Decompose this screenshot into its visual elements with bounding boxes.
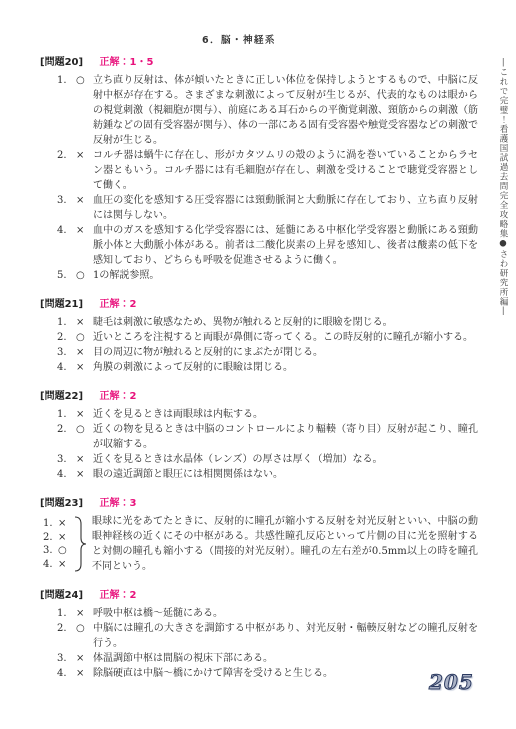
problem-block: [問題22] 正解：2 1. × 近くを見るときは両眼球は内転する。 2. ○ … (40, 389, 478, 482)
item-text: 中脳には瞳孔の大きさを調節する中枢があり、対光反射・輻輳反射などの瞳孔反射を行う… (93, 621, 478, 651)
grouped-answer-block: 1.×2.×3.○4.× 眼球に光をあてたときに、反射的に瞳孔が縮小する反射を対… (40, 514, 478, 574)
item-text: コルチ器は蝸牛に存在し、形がカタツムリの殻のように渦を巻いていることからラセン器… (93, 148, 478, 193)
item-text: 角膜の刺激によって反射的に眼瞼は閉じる。 (93, 360, 478, 375)
answer-item: 4. × 除脳硬直は中脳～橋にかけて障害を受けると生じる。 (40, 666, 478, 681)
problem-header: [問題23] 正解：3 (40, 496, 478, 511)
answer-item: 1. × 近くを見るときは両眼球は内転する。 (40, 407, 478, 422)
problem-block: [問題21] 正解：2 1. × 睫毛は刺激に敏感なため、異物が触れると反射的に… (40, 297, 478, 375)
problem-header: [問題20] 正解：1・5 (40, 55, 478, 70)
problem-label: [問題24] (40, 590, 83, 601)
item-number: 2. (57, 148, 76, 193)
problem-block: [問題20] 正解：1・5 1. ○ 立ち直り反射は、体が傾いたときに正しい体位… (40, 55, 478, 283)
item-number: 4. (57, 223, 76, 268)
page-title: 6．脳・神経系 (0, 32, 478, 46)
answer-item: 2. × コルチ器は蝸牛に存在し、形がカタツムリの殻のように渦を巻いていることか… (40, 148, 478, 193)
answer-item: 4. × 眼の遠近調節と眼圧には相関関係はない。 (40, 467, 478, 482)
item-number: 2. (43, 531, 58, 545)
item-text: 体温調節中枢は間脳の視床下部にある。 (93, 651, 478, 666)
answer-item: 4. × 血中のガスを感知する化学受容器には、延髄にある中枢化学受容器と動脈にあ… (40, 223, 478, 268)
answer-item: 1. × 呼吸中枢は橋～延髄にある。 (40, 606, 478, 621)
item-number: 2. (57, 330, 76, 345)
problem-items: 1. ○ 立ち直り反射は、体が傾いたときに正しい体位を保持しようとするもので、中… (40, 73, 478, 283)
item-number: 1. (57, 73, 76, 148)
item-text: 除脳硬直は中脳～橋にかけて障害を受けると生じる。 (93, 666, 478, 681)
item-number: 2. (57, 422, 76, 452)
item-mark: × (76, 345, 93, 360)
item-text: 眼の遠近調節と眼圧には相関関係はない。 (93, 467, 478, 482)
item-number: 3. (57, 651, 76, 666)
brace-icon (73, 516, 87, 572)
item-mark: × (76, 223, 93, 268)
answer-item: 1. × 睫毛は刺激に敏感なため、異物が触れると反射的に眼瞼を閉じる。 (40, 315, 478, 330)
grouped-marks: 1.×2.×3.○4.× (43, 517, 73, 571)
grouped-mark-row: 1.× (43, 517, 73, 531)
item-number: 4. (57, 666, 76, 681)
item-mark: × (58, 517, 72, 531)
item-number: 1. (57, 407, 76, 422)
problem-header: [問題22] 正解：2 (40, 389, 478, 404)
item-mark: × (58, 531, 72, 545)
answer-item: 3. × 近くを見るときは水晶体（レンズ）の厚さは厚く（増加）なる。 (40, 452, 478, 467)
item-mark: × (76, 452, 93, 467)
item-number: 1. (57, 606, 76, 621)
answer-item: 4. × 角膜の刺激によって反射的に眼瞼は閉じる。 (40, 360, 478, 375)
problem-header: [問題21] 正解：2 (40, 297, 478, 312)
book-page: 6．脳・神経系 ―これで完璧！看護国試過去問完全攻略集●さわ研究所編― [問題2… (0, 0, 516, 729)
grouped-mark-row: 3.○ (43, 544, 73, 558)
item-number: 1. (57, 315, 76, 330)
item-text: 近くを見るときは水晶体（レンズ）の厚さは厚く（増加）なる。 (93, 452, 478, 467)
item-number: 3. (57, 193, 76, 223)
item-text: 近くの物を見るときは中脳のコントロールにより輻輳（寄り目）反射が起こり、瞳孔が収… (93, 422, 478, 452)
item-number: 1. (43, 517, 58, 531)
sidebar-vertical-text: ―これで完璧！看護国試過去問完全攻略集●さわ研究所編― (499, 58, 508, 316)
answer-item: 1. ○ 立ち直り反射は、体が傾いたときに正しい体位を保持しようとするもので、中… (40, 73, 478, 148)
problem-items: 1.×2.×3.○4.× 眼球に光をあてたときに、反射的に瞳孔が縮小する反射を対… (40, 514, 478, 574)
item-number: 3. (57, 345, 76, 360)
problem-block: [問題24] 正解：2 1. × 呼吸中枢は橋～延髄にある。 2. ○ 中脳には… (40, 588, 478, 681)
problem-items: 1. × 睫毛は刺激に敏感なため、異物が触れると反射的に眼瞼を閉じる。 2. ○… (40, 315, 478, 375)
item-mark: × (76, 360, 93, 375)
item-number: 2. (57, 621, 76, 651)
item-text: 近いところを注視すると両眼が鼻側に寄ってくる。この時反射的に瞳孔が縮小する。 (93, 330, 478, 345)
correct-answer-label: 正解：2 (100, 590, 137, 601)
problem-items: 1. × 近くを見るときは両眼球は内転する。 2. ○ 近くの物を見るときは中脳… (40, 407, 478, 482)
item-mark: × (76, 666, 93, 681)
item-mark: × (76, 407, 93, 422)
grouped-mark-row: 2.× (43, 531, 73, 545)
problem-label: [問題21] (40, 299, 83, 310)
group-explanation: 眼球に光をあてたときに、反射的に瞳孔が縮小する反射を対光反射といい、中脳の動眼神… (92, 514, 478, 574)
item-text: 血圧の変化を感知する圧受容器には頸動脈洞と大動脈に存在しており、立ち直り反射には… (93, 193, 478, 223)
item-number: 4. (43, 558, 58, 572)
correct-answer-label: 正解：2 (100, 299, 137, 310)
item-mark: ○ (76, 268, 93, 283)
problems-list: [問題20] 正解：1・5 1. ○ 立ち直り反射は、体が傾いたときに正しい体位… (40, 55, 478, 695)
problem-items: 1. × 呼吸中枢は橋～延髄にある。 2. ○ 中脳には瞳孔の大きさを調節する中… (40, 606, 478, 681)
answer-item: 2. ○ 近くの物を見るときは中脳のコントロールにより輻輳（寄り目）反射が起こり… (40, 422, 478, 452)
item-mark: × (76, 193, 93, 223)
item-mark: ○ (76, 330, 93, 345)
item-mark: × (76, 606, 93, 621)
problem-header: [問題24] 正解：2 (40, 588, 478, 603)
item-number: 4. (57, 360, 76, 375)
item-number: 3. (43, 544, 58, 558)
item-mark: × (76, 467, 93, 482)
item-text: 目の周辺に物が触れると反射的にまぶたが閉じる。 (93, 345, 478, 360)
item-text: 1の解説参照。 (93, 268, 478, 283)
item-text: 近くを見るときは両眼球は内転する。 (93, 407, 478, 422)
problem-block: [問題23] 正解：3 1.×2.×3.○4.× 眼球に光をあてたときに、反射的… (40, 496, 478, 574)
answer-item: 2. ○ 中脳には瞳孔の大きさを調節する中枢があり、対光反射・輻輳反射などの瞳孔… (40, 621, 478, 651)
grouped-mark-row: 4.× (43, 558, 73, 572)
item-mark: ○ (76, 621, 93, 651)
problem-label: [問題20] (40, 57, 83, 68)
item-text: 睫毛は刺激に敏感なため、異物が触れると反射的に眼瞼を閉じる。 (93, 315, 478, 330)
answer-item: 3. × 目の周辺に物が触れると反射的にまぶたが閉じる。 (40, 345, 478, 360)
answer-item: 2. ○ 近いところを注視すると両眼が鼻側に寄ってくる。この時反射的に瞳孔が縮小… (40, 330, 478, 345)
item-mark: × (76, 315, 93, 330)
item-text: 呼吸中枢は橋～延髄にある。 (93, 606, 478, 621)
item-mark: ○ (76, 73, 93, 148)
item-text: 血中のガスを感知する化学受容器には、延髄にある中枢化学受容器と動脈にある頸動脈小… (93, 223, 478, 268)
answer-item: 3. × 体温調節中枢は間脳の視床下部にある。 (40, 651, 478, 666)
item-mark: × (76, 651, 93, 666)
item-mark: × (76, 148, 93, 193)
page-number: 205 (429, 670, 474, 694)
problem-label: [問題22] (40, 391, 83, 402)
item-number: 5. (57, 268, 76, 283)
problem-label: [問題23] (40, 498, 83, 509)
correct-answer-label: 正解：2 (100, 391, 137, 402)
item-mark: ○ (58, 544, 72, 558)
answer-item: 3. × 血圧の変化を感知する圧受容器には頸動脈洞と大動脈に存在しており、立ち直… (40, 193, 478, 223)
correct-answer-label: 正解：1・5 (100, 57, 154, 68)
item-mark: × (58, 558, 72, 572)
item-number: 3. (57, 452, 76, 467)
correct-answer-label: 正解：3 (100, 498, 137, 509)
item-mark: ○ (76, 422, 93, 452)
item-text: 立ち直り反射は、体が傾いたときに正しい体位を保持しようとするもので、中脳に反射中… (93, 73, 478, 148)
item-number: 4. (57, 467, 76, 482)
answer-item: 5. ○ 1の解説参照。 (40, 268, 478, 283)
